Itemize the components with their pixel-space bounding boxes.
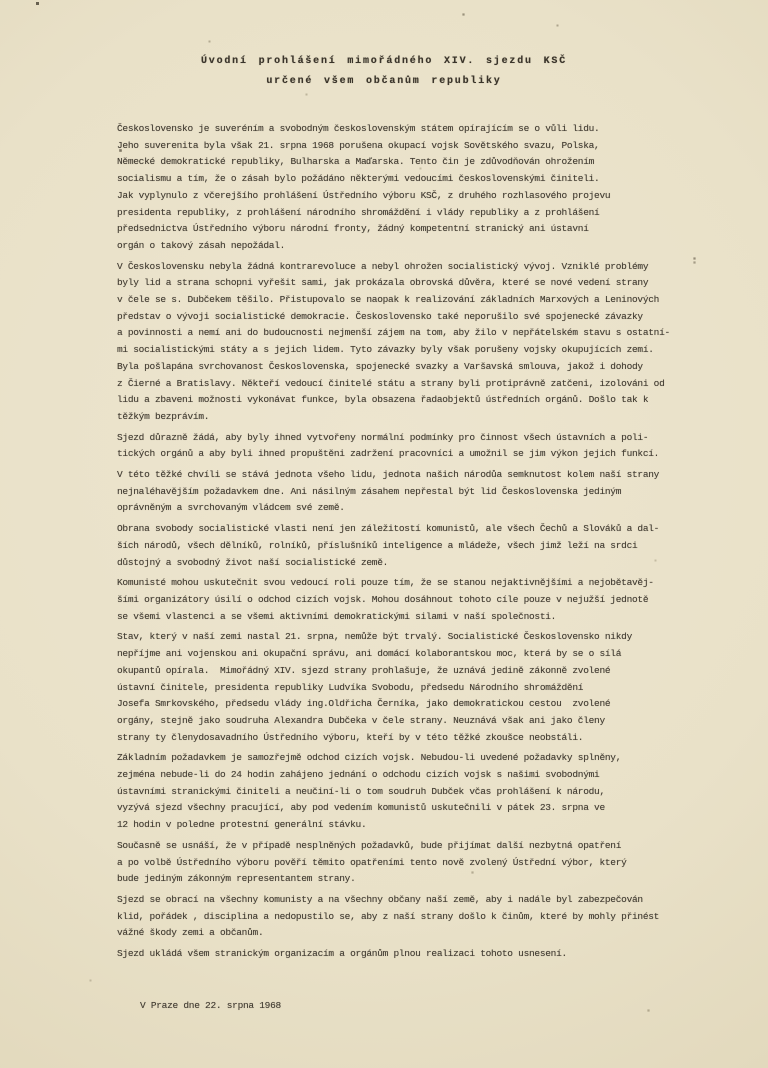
paragraph: Základním požadavkem je samozřejmě odcho… [117,750,677,834]
text-line: důstojný a svobodný život naší socialist… [117,555,677,572]
paragraph: V této těžké chvíli se stává jednota vše… [117,467,677,517]
text-line: těžkým bezprávím. [117,409,677,426]
text-line: vyzývá sjezd všechny pracující, aby pod … [117,800,677,817]
paragraph: Sjezd důrazně žádá, aby byly ihned vytvo… [117,430,677,463]
text-line: bude jediným zákonným representantem str… [117,871,677,888]
text-line: zejména nebude-li do 24 hodin zahájeno j… [117,767,677,784]
paragraph: Sjezd se obrací na všechny komunisty a n… [117,892,677,942]
text-line: se všemi vlastenci a se všemi aktivními … [117,609,677,626]
text-line: Jak vyplynulo z včerejšího prohlášení Ús… [117,188,677,205]
paragraph: Komunisté mohou uskutečnit svou vedoucí … [117,575,677,625]
text-line: socialismu a tím, že o zásah bylo požádá… [117,171,677,188]
text-line: okupantů opírala. Mimořádný XIV. sjezd s… [117,663,677,680]
title-line-1: Úvodní prohlášení mimořádného XIV. sjezd… [0,52,768,72]
paragraph: Stav, který v naší zemi nastal 21. srpna… [117,629,677,746]
text-line: Sjezd ukládá všem stranickým organizacím… [117,946,677,963]
text-line: a povinnosti a nemí ani do budoucnosti n… [117,325,677,342]
text-line: Josefa Smrkovského, předsedu vlády ing.O… [117,696,677,713]
text-line: strany ty členydosavadního Ústředního vý… [117,730,677,747]
text-line: Současně se usnáší, že v případě nesplně… [117,838,677,855]
text-line: šími organizátory úsilí o odchod cizích … [117,592,677,609]
text-line: nejnaléhavějším požadavkem dne. Ani nási… [117,484,677,501]
text-line: lidu a zbaveni možnosti vykonávat funkce… [117,392,677,409]
text-line: Obrana svobody socialistické vlasti není… [117,521,677,538]
text-line: V Československu nebyla žádná kontrarevo… [117,259,677,276]
document-title: Úvodní prohlášení mimořádného XIV. sjezd… [0,52,768,91]
text-line: a po volbě Ústředního výboru pověří těmi… [117,855,677,872]
text-line: Byla pošlapána svrchovanost Českoslovens… [117,359,677,376]
text-line: 12 hodin v poledne protestní generální s… [117,817,677,834]
text-line: představ o vývoji socialistické demokrac… [117,309,677,326]
text-line: Základním požadavkem je samozřejmě odcho… [117,750,677,767]
text-line: předsednictva Ústředního výboru národní … [117,221,677,238]
text-line: byly lid a strana schopni vyřešit sami, … [117,275,677,292]
text-line: Sjezd se obrací na všechny komunisty a n… [117,892,677,909]
text-line: Komunisté mohou uskutečnit svou vedoucí … [117,575,677,592]
text-line: V této těžké chvíli se stává jednota vše… [117,467,677,484]
text-line: mi socialistickými státy a s jejich lide… [117,342,677,359]
paper-speckles [0,0,1,1]
text-line: orgány, stejně jako soudruha Alexandra D… [117,713,677,730]
paragraph: Československo je suveréním a svobodným … [117,121,677,255]
text-line: nepříjme ani vojenskou ani okupační sprá… [117,646,677,663]
paragraph: V Československu nebyla žádná kontrarevo… [117,259,677,426]
text-line: Jeho suverenita byla však 21. srpna 1968… [117,138,677,155]
text-line: orgán o takový zásah nepožádal. [117,238,677,255]
document-page: Úvodní prohlášení mimořádného XIV. sjezd… [0,0,768,1068]
paragraph: Současně se usnáší, že v případě nesplně… [117,838,677,888]
text-line: presidenta republiky, z prohlášení národ… [117,205,677,222]
text-line: Německé demokratické republiky, Bulharsk… [117,154,677,171]
text-line: oprávněným a svrchovaným vládcem své zem… [117,500,677,517]
text-line: ústavní činitele, presidenta republiky L… [117,680,677,697]
document-body: Československo je suveréním a svobodným … [117,121,677,967]
text-line: klid, pořádek , disciplina a nedopustilo… [117,909,677,926]
text-line: Československo je suveréním a svobodným … [117,121,677,138]
text-line: Stav, který v naší zemi nastal 21. srpna… [117,629,677,646]
title-line-2: určené všem občanům republiky [0,72,768,92]
paragraph: Sjezd ukládá všem stranickým organizacím… [117,946,677,963]
text-line: Sjezd důrazně žádá, aby byly ihned vytvo… [117,430,677,447]
text-line: ústavními stranickými činiteli a neučiní… [117,784,677,801]
paragraph: Obrana svobody socialistické vlasti není… [117,521,677,571]
text-line: vážné škody zemi a občanům. [117,925,677,942]
text-line: z Čierné a Bratislavy. Někteří vedoucí č… [117,376,677,393]
text-line: ších národů, všech dělníků, rolníků, pří… [117,538,677,555]
dateline: V Praze dne 22. srpna 1968 [140,1000,281,1011]
text-line: v čele se s. Dubčekem těšilo. Přistupova… [117,292,677,309]
text-line: tických orgánů a aby byli ihned propuště… [117,446,677,463]
